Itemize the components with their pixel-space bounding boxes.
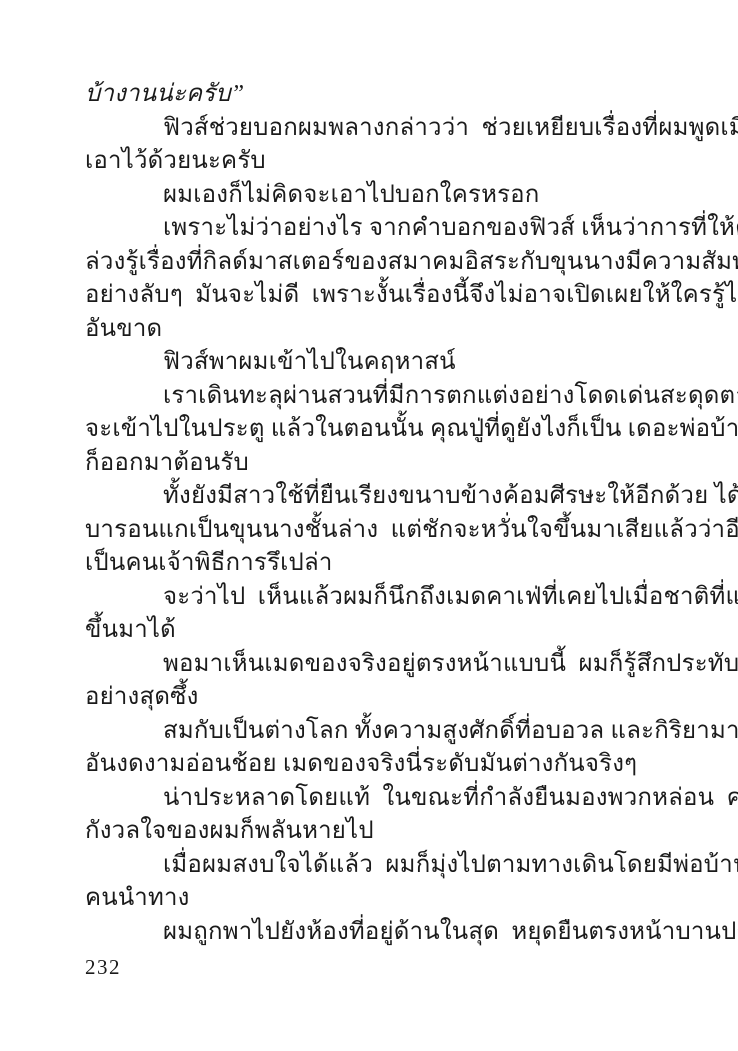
text-line: ก็ออกมาต้อนรับ: [85, 447, 667, 481]
text-line: สมกับเป็นต่างโลก ทั้งความสูงศักดิ์ที่อบอ…: [85, 715, 667, 749]
text-line: จะว่าไป เห็นแล้วผมก็นึกถึงเมดคาเฟ่ที่เคย…: [85, 581, 667, 615]
page-number: 232: [85, 955, 121, 980]
text-line: บ้างานน่ะครับ”: [85, 78, 667, 112]
text-line: บารอนแกเป็นขุนนางชั้นล่าง แต่ชักจะหวั่นใ…: [85, 514, 667, 548]
text-block: บ้างานน่ะครับ”ฟิวส์ช่วยบอกผมพลางกล่าวว่า…: [85, 78, 667, 949]
text-line: เมื่อผมสงบใจได้แล้ว ผมก็มุ่งไปตามทางเดิน…: [85, 849, 667, 883]
text-line: น่าประหลาดโดยแท้ ในขณะที่กำลังยืนมองพวกห…: [85, 782, 667, 816]
text-line: อันขาด: [85, 313, 667, 347]
text-line: เราเดินทะลุผ่านสวนที่มีการตกแต่งอย่างโดด…: [85, 380, 667, 414]
text-line: ผมถูกพาไปยังห้องที่อยู่ด้านในสุด หยุดยืน…: [85, 916, 667, 950]
text-line: กังวลใจของผมก็พลันหายไป: [85, 815, 667, 849]
text-line: ฟิวส์ช่วยบอกผมพลางกล่าวว่า ช่วยเหยียบเรื…: [85, 112, 667, 146]
text-line: พอมาเห็นเมดของจริงอยู่ตรงหน้าแบบนี้ ผมก็…: [85, 648, 667, 682]
text-line: เพราะไม่ว่าอย่างไร จากคำบอกของฟิวส์ เห็น…: [85, 212, 667, 246]
book-page: บ้างานน่ะครับ”ฟิวส์ช่วยบอกผมพลางกล่าวว่า…: [0, 0, 738, 1051]
text-line: เอาไว้ด้วยนะครับ: [85, 145, 667, 179]
text-line: ฟิวส์พาผมเข้าไปในคฤหาสน์: [85, 346, 667, 380]
text-line: คนนำทาง: [85, 882, 667, 916]
text-line: อันงดงามอ่อนช้อย เมดของจริงนี่ระดับมันต่…: [85, 748, 667, 782]
text-line: อย่างสุดซึ้ง: [85, 681, 667, 715]
text-line: เป็นคนเจ้าพิธีการรึเปล่า: [85, 547, 667, 581]
text-line: จะเข้าไปในประตู แล้วในตอนนั้น คุณปู่ที่ด…: [85, 413, 667, 447]
text-line: อย่างลับๆ มันจะไม่ดี เพราะงั้นเรื่องนี้จ…: [85, 279, 667, 313]
text-line: ทั้งยังมีสาวใช้ที่ยืนเรียงขนาบข้างค้อมศี…: [85, 480, 667, 514]
text-line: ล่วงรู้เรื่องที่กิลด์มาสเตอร์ของสมาคมอิส…: [85, 246, 667, 280]
text-line: ขึ้นมาได้: [85, 614, 667, 648]
text-line: ผมเองก็ไม่คิดจะเอาไปบอกใครหรอก: [85, 179, 667, 213]
